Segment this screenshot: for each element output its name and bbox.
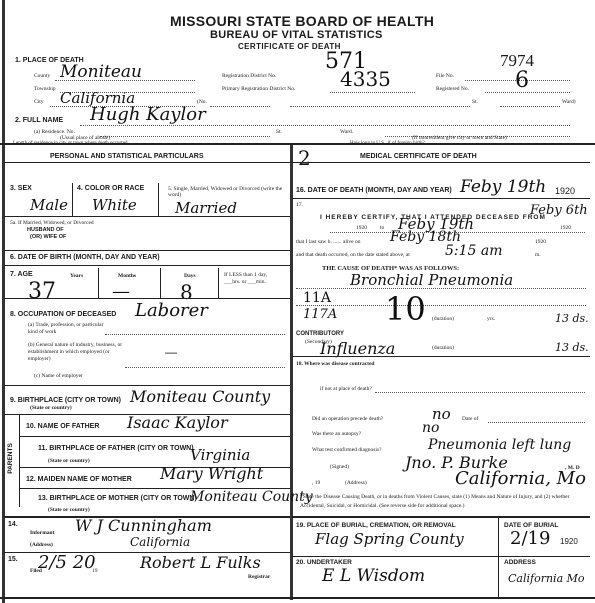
industry-value: — xyxy=(165,345,177,359)
parents-side-label: PARENTS xyxy=(7,443,14,474)
full-name-label: 2. FULL NAME xyxy=(15,117,63,124)
full-name-value: Hugh Kaylor xyxy=(90,104,206,125)
cause-value: Bronchial Pneumonia xyxy=(350,271,513,289)
cause-footnote: *State the Disease Causing Death, or in … xyxy=(300,493,590,511)
cause-duration-value: 13 ds. xyxy=(555,312,589,325)
filed-date-value: 2/5 20 xyxy=(38,552,96,573)
sex-label: 3. SEX xyxy=(10,185,32,192)
birthplace-label: 9. BIRTHPLACE (city or town) xyxy=(10,397,121,404)
attended-from-value: Feby 6th xyxy=(530,203,588,218)
nonresident-note: (If nonresident give city or town and St… xyxy=(412,135,507,141)
contributory-duration-value: 13 ds. xyxy=(555,341,589,354)
occupation-label: 8. OCCUPATION OF DECEASED xyxy=(10,311,116,318)
mother-birthplace-label: 13. BIRTHPLACE OF MOTHER (city or town) xyxy=(38,495,197,502)
father-name-label: 10. NAME OF FATHER xyxy=(26,423,99,430)
reg-district-label: Registration District No. xyxy=(222,73,276,79)
father-name-value: Isaac Kaylor xyxy=(127,413,228,432)
age-label: 7. AGE xyxy=(10,271,33,278)
mother-birthplace-value: Moniteau County xyxy=(190,489,313,505)
cause-code-1: 11A xyxy=(303,290,331,306)
primary-reg-label: Primary Registration District No. xyxy=(222,86,295,92)
informant-value: W J Cunningham xyxy=(75,516,212,535)
time-of-death-value: 5:15 am xyxy=(445,243,503,259)
undertaker-label: 20. UNDERTAKER xyxy=(296,559,352,566)
personal-section-title: PERSONAL AND STATISTICAL PARTICULARS xyxy=(50,153,203,160)
marital-value: Married xyxy=(175,199,237,217)
city-label: City xyxy=(34,99,43,105)
county-label: County xyxy=(34,73,50,79)
test-value: Pneumonia left lung xyxy=(428,437,571,453)
cause-code-2: 117A xyxy=(303,307,337,322)
foreign-birth-label: How long in U.S., if of foreign birth? xyxy=(350,141,425,146)
sex-value: Male xyxy=(30,196,68,214)
medical-section-title: MEDICAL CERTIFICATE OF DEATH xyxy=(360,153,477,160)
date-of-death-label: 16. DATE OF DEATH (month, day and year) xyxy=(296,187,452,194)
race-label: 4. COLOR OR RACE xyxy=(77,185,144,192)
registered-no-label: Registered No. xyxy=(436,86,469,92)
marital-label: 5. Single, Married, Widowed or Divorced … xyxy=(168,186,283,198)
center-border xyxy=(290,145,293,600)
mother-name-value: Mary Wright xyxy=(160,464,263,483)
registrar-signature: Robert L Fulks xyxy=(140,553,261,572)
length-residence-label: Length of residence in city or town wher… xyxy=(13,141,128,146)
father-birthplace-label: 11. BIRTHPLACE OF FATHER (city or town) xyxy=(38,445,194,452)
age-years-value: 37 xyxy=(28,279,56,304)
city-st-label: St. xyxy=(472,99,478,105)
registered-no-value: 6 xyxy=(515,68,529,93)
occupation-value: Laborer xyxy=(135,300,208,321)
physician-address: California, Mo xyxy=(455,468,586,489)
burial-date-value: 2/19 xyxy=(510,528,550,549)
race-value: White xyxy=(92,196,137,214)
less-than-day-label: If LESS than 1 day, ___hrs. or ___min. xyxy=(224,272,284,286)
mother-name-label: 12. MAIDEN NAME OF MOTHER xyxy=(26,476,132,483)
burial-place-value: Flag Spring County xyxy=(315,530,464,548)
undertaker-address-value: California Mo xyxy=(508,572,585,585)
medical-section-number: 2 xyxy=(298,146,311,170)
county-value: Moniteau xyxy=(60,62,142,82)
primary-reg-value: 4335 xyxy=(340,67,391,91)
township-label: Township xyxy=(34,86,56,92)
informant-address-value: California xyxy=(130,535,190,549)
file-no-label: File No. xyxy=(436,73,454,79)
burial-place-label: 19. PLACE OF BURIAL, CREMATION, OR REMOV… xyxy=(296,522,456,529)
date-of-death-value: Feby 19th xyxy=(460,177,546,197)
form-title: MISSOURI STATE BOARD OF HEALTH xyxy=(170,13,434,29)
father-birthplace-value: Virginia xyxy=(190,446,250,464)
spouse-label: 5a. If Married, Widowed, or Divorced xyxy=(10,220,94,226)
residence-ward-label: Ward. xyxy=(340,129,353,135)
bottom-border xyxy=(0,597,595,599)
left-border xyxy=(2,0,5,603)
undertaker-value: E L Wisdom xyxy=(322,566,425,586)
city-ward-label: Ward) xyxy=(562,99,576,105)
cause-code-big: 10 xyxy=(385,290,426,328)
dob-label: 6. DATE OF BIRTH (month, day and year) xyxy=(10,254,160,261)
birthplace-value: Moniteau County xyxy=(130,387,270,406)
autopsy-value: no xyxy=(422,420,439,436)
undertaker-address-label: ADDRESS xyxy=(504,559,536,566)
residence-st-label: St. xyxy=(276,129,282,135)
bureau-title: BUREAU OF VITAL STATISTICS xyxy=(210,29,383,41)
